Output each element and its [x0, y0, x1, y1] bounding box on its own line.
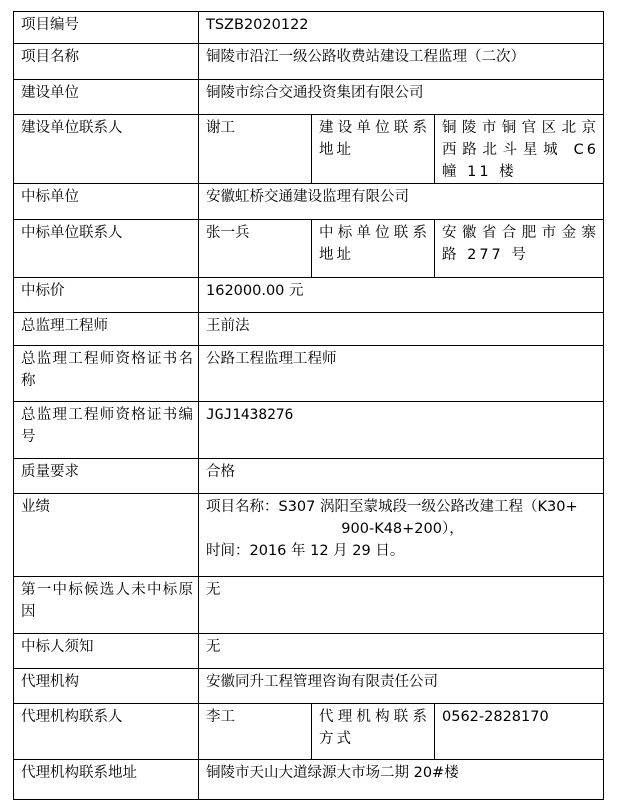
winning-price-label: 中标价 [14, 278, 199, 313]
owner-contact-label: 建设单位联系人 [14, 115, 199, 184]
agency-phone-value: 0562-2828170 [435, 704, 604, 760]
table-row: 质量要求 合格 [14, 459, 604, 494]
certificate-name-label: 总监理工程师资格证书名称 [14, 346, 199, 402]
quality-requirement-value: 合格 [199, 459, 604, 494]
table-row: 总监理工程师资格证书名称 公路工程监理工程师 [14, 346, 604, 402]
owner-unit-label: 建设单位 [14, 80, 199, 115]
winner-contact-label: 中标单位联系人 [14, 220, 199, 278]
winning-price-value: 162000.00 元 [199, 278, 604, 313]
winner-address-label: 中标单位联系地址 [312, 220, 435, 278]
project-number-value: TSZB2020122 [199, 12, 604, 44]
table-row: 中标人须知 无 [14, 634, 604, 669]
agency-address-label: 代理机构联系地址 [14, 760, 199, 800]
winning-unit-value: 安徽虹桥交通建设监理有限公司 [199, 184, 604, 220]
agency-value: 安徽同升工程管理咨询有限责任公司 [199, 669, 604, 704]
achievement-project-line: 项目名称：S307 涡阳至蒙城段一级公路改建工程（K30+ [206, 496, 599, 518]
winner-address-value: 安徽省合肥市金寨路 277 号 [435, 220, 604, 278]
table-row: 业绩 项目名称：S307 涡阳至蒙城段一级公路改建工程（K30+ 900-K48… [14, 494, 604, 577]
certificate-number-value: JGJ1438276 [199, 402, 604, 459]
chief-supervisor-value: 王前法 [199, 313, 604, 346]
certificate-number-label: 总监理工程师资格证书编号 [14, 402, 199, 459]
owner-address-value: 铜陵市铜官区北京西路北斗星城 C6 幢 11 楼 [435, 115, 604, 184]
project-name-value: 铜陵市沿江一级公路收费站建设工程监理（二次） [199, 44, 604, 80]
table-row: 项目编号 TSZB2020122 [14, 12, 604, 44]
table-row: 中标价 162000.00 元 [14, 278, 604, 313]
winning-unit-label: 中标单位 [14, 184, 199, 220]
project-name-label: 项目名称 [14, 44, 199, 80]
unselected-reason-value: 无 [199, 577, 604, 634]
owner-unit-value: 铜陵市综合交通投资集团有限公司 [199, 80, 604, 115]
project-number-label: 项目编号 [14, 12, 199, 44]
table-row: 总监理工程师资格证书编号 JGJ1438276 [14, 402, 604, 459]
achievement-value: 项目名称：S307 涡阳至蒙城段一级公路改建工程（K30+ 900-K48+20… [199, 494, 604, 577]
agency-address-value: 铜陵市天山大道绿源大市场二期 20#楼 [199, 760, 604, 800]
winner-notice-value: 无 [199, 634, 604, 669]
table-row: 建设单位联系人 谢工 建设单位联系地址 铜陵市铜官区北京西路北斗星城 C6 幢 … [14, 115, 604, 184]
bid-result-table: 项目编号 TSZB2020122 项目名称 铜陵市沿江一级公路收费站建设工程监理… [13, 11, 604, 800]
table-row: 项目名称 铜陵市沿江一级公路收费站建设工程监理（二次） [14, 44, 604, 80]
table-row: 中标单位 安徽虹桥交通建设监理有限公司 [14, 184, 604, 220]
table-row: 中标单位联系人 张一兵 中标单位联系地址 安徽省合肥市金寨路 277 号 [14, 220, 604, 278]
table-row: 代理机构联系地址 铜陵市天山大道绿源大市场二期 20#楼 [14, 760, 604, 800]
owner-contact-value: 谢工 [199, 115, 312, 184]
winner-contact-value: 张一兵 [199, 220, 312, 278]
achievement-project-line-cont: 900-K48+200）， [206, 518, 599, 540]
achievement-date-line: 时间：2016 年 12 月 29 日。 [206, 540, 599, 562]
chief-supervisor-label: 总监理工程师 [14, 313, 199, 346]
agency-label: 代理机构 [14, 669, 199, 704]
owner-address-label: 建设单位联系地址 [312, 115, 435, 184]
table-row: 代理机构联系人 李工 代理机构联系方式 0562-2828170 [14, 704, 604, 760]
agency-contact-label: 代理机构联系人 [14, 704, 199, 760]
winner-notice-label: 中标人须知 [14, 634, 199, 669]
table-row: 总监理工程师 王前法 [14, 313, 604, 346]
agency-phone-label: 代理机构联系方式 [312, 704, 435, 760]
agency-contact-value: 李工 [199, 704, 312, 760]
unselected-reason-label: 第一中标候选人未中标原因 [14, 577, 199, 634]
table-row: 第一中标候选人未中标原因 无 [14, 577, 604, 634]
achievement-label: 业绩 [14, 494, 199, 577]
quality-requirement-label: 质量要求 [14, 459, 199, 494]
table-row: 代理机构 安徽同升工程管理咨询有限责任公司 [14, 669, 604, 704]
certificate-name-value: 公路工程监理工程师 [199, 346, 604, 402]
table-row: 建设单位 铜陵市综合交通投资集团有限公司 [14, 80, 604, 115]
